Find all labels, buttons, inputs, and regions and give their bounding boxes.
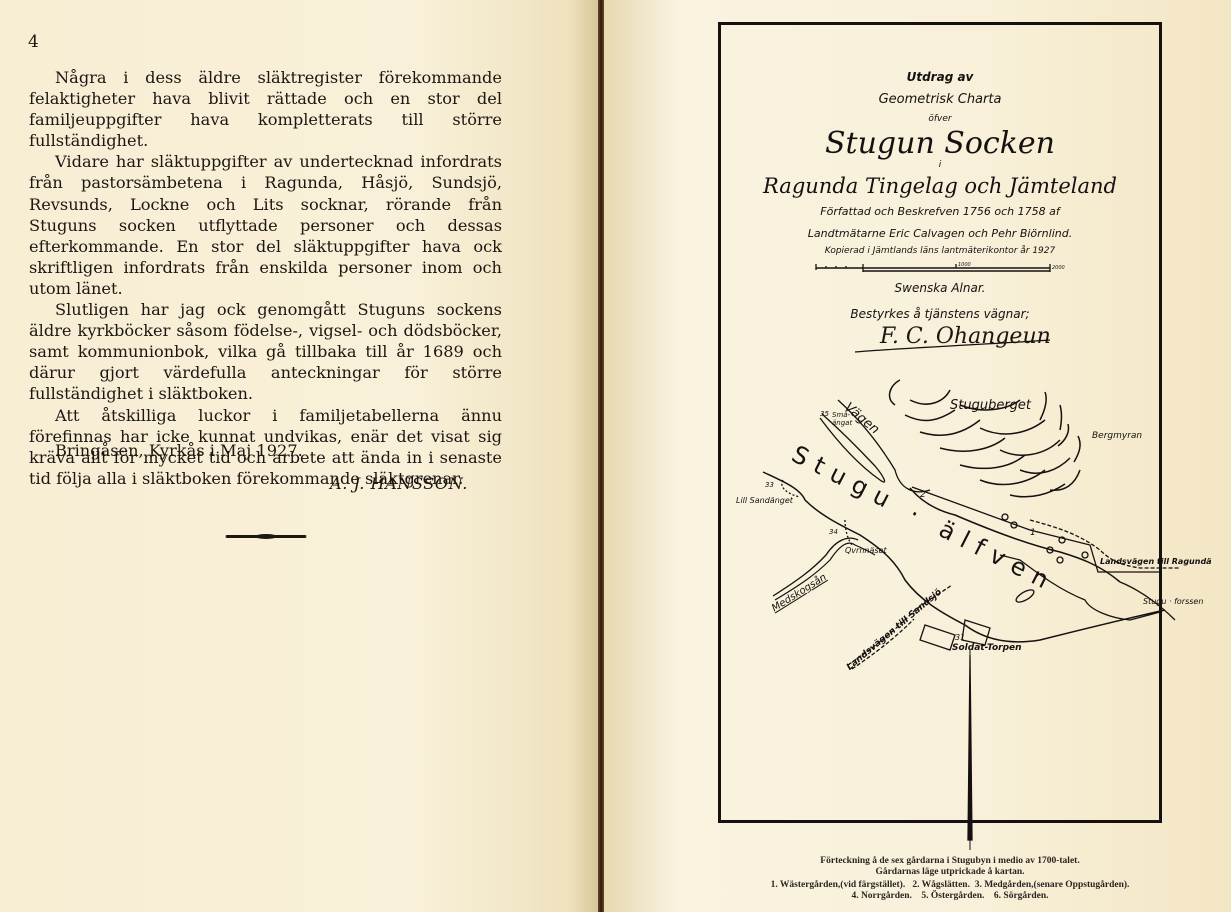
certification-text: Bestyrkes å tjänstens vägnar;: [720, 307, 1160, 321]
label-landsvagen-ragunda: Landsvägen till Ragundä: [1100, 557, 1212, 566]
map-title-line: Utdrag av: [720, 70, 1160, 84]
map-title-line: öfver: [720, 114, 1160, 124]
label-bergmyran: Bergmyran: [1092, 431, 1142, 441]
page-number: 4: [28, 32, 39, 52]
map-subtitle: Ragunda Tingelag och Jämteland: [720, 174, 1160, 198]
scale-mid-label: 1000: [958, 262, 971, 268]
left-page: 4 Några i dess äldre släktregister förek…: [0, 0, 598, 912]
label-31: 31: [955, 633, 965, 642]
map-title-line: Författad och Beskrefven 1756 och 1758 a…: [720, 205, 1160, 218]
label-1: 1: [1030, 528, 1036, 538]
place-date: Bringåsen, Kyrkås i Maj 1927.: [55, 441, 303, 460]
map-title-line: Landtmätarne Eric Calvagen och Pehr Biör…: [720, 227, 1160, 240]
map-signature: F. C. Ohangeun: [880, 324, 1051, 349]
map-title-line: Geometrisk Charta: [720, 92, 1160, 107]
label-qvrnnaset: Qvrnnäset: [845, 546, 887, 555]
caption-farm-list: 4. Norrgården. 5. Östergården. 6. Sörgår…: [700, 891, 1200, 902]
map-main-title: Stugun Socken: [720, 126, 1160, 161]
label-2: 2: [920, 490, 926, 500]
scale-unit-label: Swenska Alnar.: [720, 281, 1160, 295]
map-title-line: Kopierad i Jämtlands läns lantmäterikont…: [720, 246, 1160, 256]
caption-farm-list: 1. Wästergården,(vid färgstället). 2. Wå…: [700, 880, 1200, 891]
author-signature: A. J. HANSSON.: [330, 474, 468, 493]
caption-line: Förteckning å de sex gårdarna i Stugubyn…: [700, 856, 1200, 867]
caption-line: Gårdarnas läge utprickade å kartan.: [700, 867, 1200, 878]
body-text: Några i dess äldre släktregister förekom…: [29, 67, 502, 489]
label-stugu-forssen: Stugu · forssen: [1143, 597, 1203, 606]
label-34: 34: [829, 528, 838, 536]
label-smaangat: Små-ängat: [832, 411, 860, 427]
ornament-rule: [225, 535, 307, 538]
label-lill-sandanget: Lill Sandänget: [736, 496, 793, 505]
label-35: 35: [820, 410, 829, 418]
paragraph: Några i dess äldre släktregister förekom…: [29, 67, 502, 151]
label-soldat-torpen: Soldat-Torpen: [952, 643, 1022, 653]
book-spread: 4 Några i dess äldre släktregister förek…: [0, 0, 1231, 912]
paragraph: Vidare har släktuppgifter av underteckna…: [29, 151, 502, 299]
label-33: 33: [765, 481, 774, 489]
paragraph: Slutligen har jag ock genomgått Stuguns …: [29, 299, 502, 404]
map-title-line: i: [720, 160, 1160, 170]
scale-end-label: 2000: [1052, 265, 1065, 271]
label-stuguberget: Stuguberget: [950, 398, 1031, 413]
